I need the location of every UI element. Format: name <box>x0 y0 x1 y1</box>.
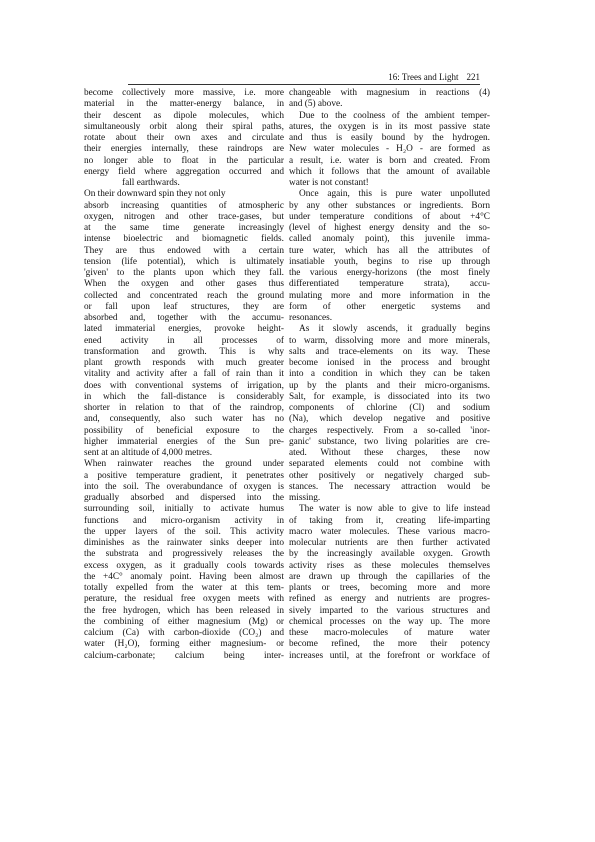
text-line: or fall upon leaf structures, they are <box>84 302 284 313</box>
text-line: diminishes as the rainwater sinks deeper… <box>84 538 284 549</box>
text-line: changeable with magnesium in reactions (… <box>289 88 490 99</box>
text-line: no longer able to float in the particula… <box>84 156 284 167</box>
text-line: their descent as dipole molecules, which <box>84 111 284 122</box>
text-line: does with conventional systems of irriga… <box>84 381 284 392</box>
text-line: tension (life potential), which is ultim… <box>84 257 284 268</box>
text-line: and, consequently, also such water has n… <box>84 414 284 425</box>
text-line: up by the plants and their micro-organis… <box>289 381 490 392</box>
text-line: higher immaterial energies of the Sun pr… <box>84 437 284 448</box>
text-line: become collectively more massive, i.e. m… <box>84 88 284 99</box>
text-line: chemical processes on the way up. The mo… <box>289 617 490 628</box>
text-line: water is not constant! <box>289 178 490 189</box>
text-line: calcium (Ca) with carbon-dioxide (CO₂) a… <box>84 628 284 639</box>
text-line: the free hydrogen, which has been releas… <box>84 606 284 617</box>
running-header: 16: Trees and Light221 <box>128 72 480 85</box>
text-line: the various energy-horizons (the most fi… <box>289 268 490 279</box>
text-line: When rainwater reaches the ground under <box>84 459 284 470</box>
text-line: oxygen, nitrogen and other trace-gases, … <box>84 212 284 223</box>
text-line: molecular nutrients are then further act… <box>289 538 490 549</box>
text-line: On their downward spin they not only <box>84 189 284 200</box>
text-line: at the same time generate increasingly <box>84 223 284 234</box>
text-line: in which the fall-distance is considerab… <box>84 392 284 403</box>
text-line: vitality and activity after a fall of ra… <box>84 369 284 380</box>
text-line: separated elements could not combine wit… <box>289 459 490 470</box>
left-text-column: become collectively more massive, i.e. m… <box>84 88 284 662</box>
text-line: totally expelled from the water at this … <box>84 583 284 594</box>
text-line: perature, the residual free oxygen meets… <box>84 594 284 605</box>
text-line: of taking from it, creating life-imparti… <box>289 516 490 527</box>
text-line: resonances. <box>289 313 490 324</box>
text-line: a result, i.e. water is born and created… <box>289 156 490 167</box>
text-line: lated immaterial energies, provoke heigh… <box>84 324 284 335</box>
text-line: insatiable youth, begins to rise up thro… <box>289 257 490 268</box>
text-line: sively imparted to the various structure… <box>289 606 490 617</box>
text-line: become refined, the more their potency <box>289 639 490 650</box>
text-line: excess oxygen, as it gradually cools tow… <box>84 561 284 572</box>
text-line: the upper layers of the soil. This activ… <box>84 527 284 538</box>
text-line: atures, the oxygen is in its most passiv… <box>289 122 490 133</box>
text-line: shorter in relation to that of the raind… <box>84 403 284 414</box>
text-line: under temperature conditions of about +4… <box>289 212 490 223</box>
text-line: and (5) above. <box>289 99 490 110</box>
text-line: these macro-molecules of mature water <box>289 628 490 639</box>
text-line: which it follows that the amount of avai… <box>289 167 490 178</box>
chapter-title: 16: Trees and Light <box>388 72 458 82</box>
text-line: salts and trace-elements on its way. The… <box>289 347 490 358</box>
text-line: As it slowly ascends, it gradually begin… <box>289 324 490 335</box>
text-line: activity rises as these molecules themse… <box>289 561 490 572</box>
text-line: fall earthwards. <box>84 178 284 189</box>
text-line: Once again, this is pure water unpollute… <box>289 189 490 200</box>
text-line: macro water molecules. These various mac… <box>289 527 490 538</box>
text-line: 'given' to the plants upon which they fa… <box>84 268 284 279</box>
text-line: collected and concentrated reach the gro… <box>84 291 284 302</box>
text-line: Salt, for example, is dissociated into i… <box>289 392 490 403</box>
text-line: ated. Without these charges, these now <box>289 448 490 459</box>
text-line: components of chlorine (Cl) and sodium <box>289 403 490 414</box>
text-line: differentiated temperature strata), accu… <box>289 279 490 290</box>
text-line: (Na), which develop negative and positiv… <box>289 414 490 425</box>
text-line: their energies internally, these raindro… <box>84 144 284 155</box>
text-line: increases until, at the forefront or wor… <box>289 651 490 662</box>
right-text-column: changeable with magnesium in reactions (… <box>289 88 490 662</box>
text-line: plant growth responds with much greater <box>84 358 284 369</box>
text-line: missing. <box>289 493 490 504</box>
text-line: energy field where aggregation occurred … <box>84 167 284 178</box>
text-line: mulating more and more information in th… <box>289 291 490 302</box>
text-line: sent at an altitude of 4,000 metres. <box>84 448 284 459</box>
text-line: into a condition in which they can be ta… <box>289 369 490 380</box>
text-line: ened activity in all processes of <box>84 336 284 347</box>
text-line: rotate about their own axes and circulat… <box>84 133 284 144</box>
text-line: simultaneously orbit along their spiral … <box>84 122 284 133</box>
text-line: They are thus endowed with a certain <box>84 246 284 257</box>
text-line: by any other substances or ingredients. … <box>289 201 490 212</box>
text-line: possibility of beneficial exposure to th… <box>84 426 284 437</box>
text-line: stances. The necessary attraction would … <box>289 482 490 493</box>
text-line: material in the matter-energy balance, i… <box>84 99 284 110</box>
text-line: the +4C° anomaly point. Having been almo… <box>84 572 284 583</box>
text-line: Due to the coolness of the ambient tempe… <box>289 111 490 122</box>
text-line: When the oxygen and other gases thus <box>84 279 284 290</box>
text-line: New water molecules - H₂O - are formed a… <box>289 144 490 155</box>
text-line: ture water, which has all the attributes… <box>289 246 490 257</box>
text-line: transformation and growth. This is why <box>84 347 284 358</box>
text-line: calcium-carbonate; calcium being inter- <box>84 651 284 662</box>
text-line: to warm, dissolving more and more minera… <box>289 336 490 347</box>
text-line: into the soil. The overabundance of oxyg… <box>84 482 284 493</box>
text-line: by the increasingly available oxygen. Gr… <box>289 549 490 560</box>
text-line: plants or trees, becoming more and more <box>289 583 490 594</box>
text-line: refined as energy and nutrients are prog… <box>289 594 490 605</box>
text-line: are drawn up through the capillaries of … <box>289 572 490 583</box>
text-line: intense bioelectric and biomagnetic fiel… <box>84 234 284 245</box>
text-line: the combining of either magnesium (Mg) o… <box>84 617 284 628</box>
text-line: gradually absorbed and dispersed into th… <box>84 493 284 504</box>
text-line: the substrata and progressively releases… <box>84 549 284 560</box>
text-line: absorbed and, together with the accumu- <box>84 313 284 324</box>
page-number: 221 <box>467 72 481 82</box>
text-line: functions and micro-organism activity in <box>84 516 284 527</box>
text-line: ganic' substance, two living polarities … <box>289 437 490 448</box>
text-line: form of other energetic systems and <box>289 302 490 313</box>
text-line: charges respectively. From a so-called '… <box>289 426 490 437</box>
text-line: called anomaly point), this juvenile imm… <box>289 234 490 245</box>
text-line: a positive temperature gradient, it pene… <box>84 471 284 482</box>
text-line: surrounding soil, initially to activate … <box>84 504 284 515</box>
text-line: The water is now able to give to life in… <box>289 504 490 515</box>
text-line: absorb increasing quantities of atmosphe… <box>84 201 284 212</box>
text-line: water (H₂O), forming either magnesium- o… <box>84 639 284 650</box>
text-line: (level of highest energy density and the… <box>289 223 490 234</box>
text-line: and thus is easily bound by the hydrogen… <box>289 133 490 144</box>
text-line: become ionised in the process and brough… <box>289 358 490 369</box>
text-line: other positively or negatively charged s… <box>289 471 490 482</box>
